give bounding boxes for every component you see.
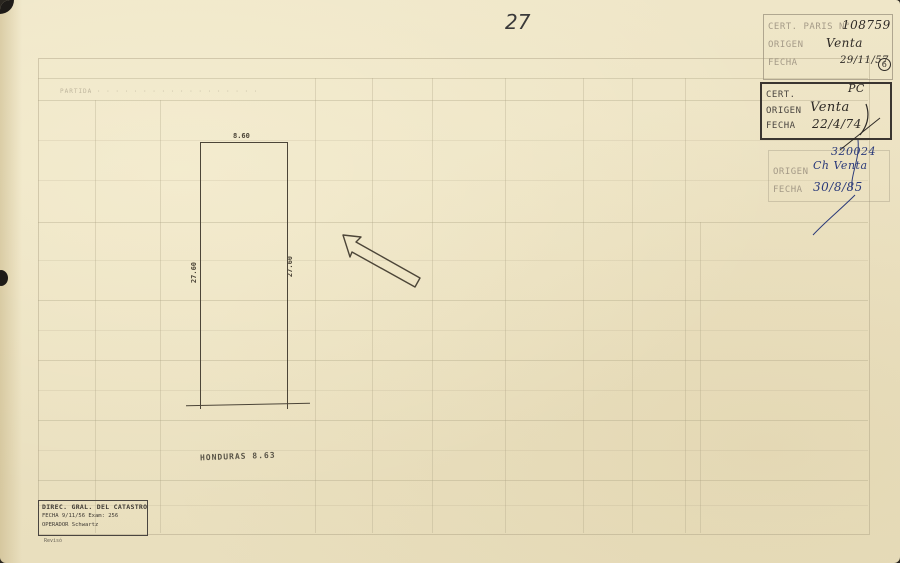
reviewed-label: Revisó [44,538,62,544]
cadastro-date-line: FECHA 9/11/56 Exam: 256 [42,512,144,521]
cadastro-operator-line: OPERADOR Schwartz [42,521,144,530]
lot-outline [200,142,288,409]
cadastro-stamp: DIREC. GRAL. DEL CATASTRO FECHA 9/11/56 … [38,500,148,536]
dimension-top: 8.60 [233,132,250,140]
cadastro-title: DIREC. GRAL. DEL CATASTRO [42,502,144,512]
dimension-left: 27.60 [190,262,198,283]
dimension-right: 27.60 [286,256,294,277]
cadastral-document: PARTIDA · · · · · · · · · · · · · · · · … [0,0,900,563]
north-arrow-icon [340,230,430,295]
handwritten-strokes [0,0,900,563]
